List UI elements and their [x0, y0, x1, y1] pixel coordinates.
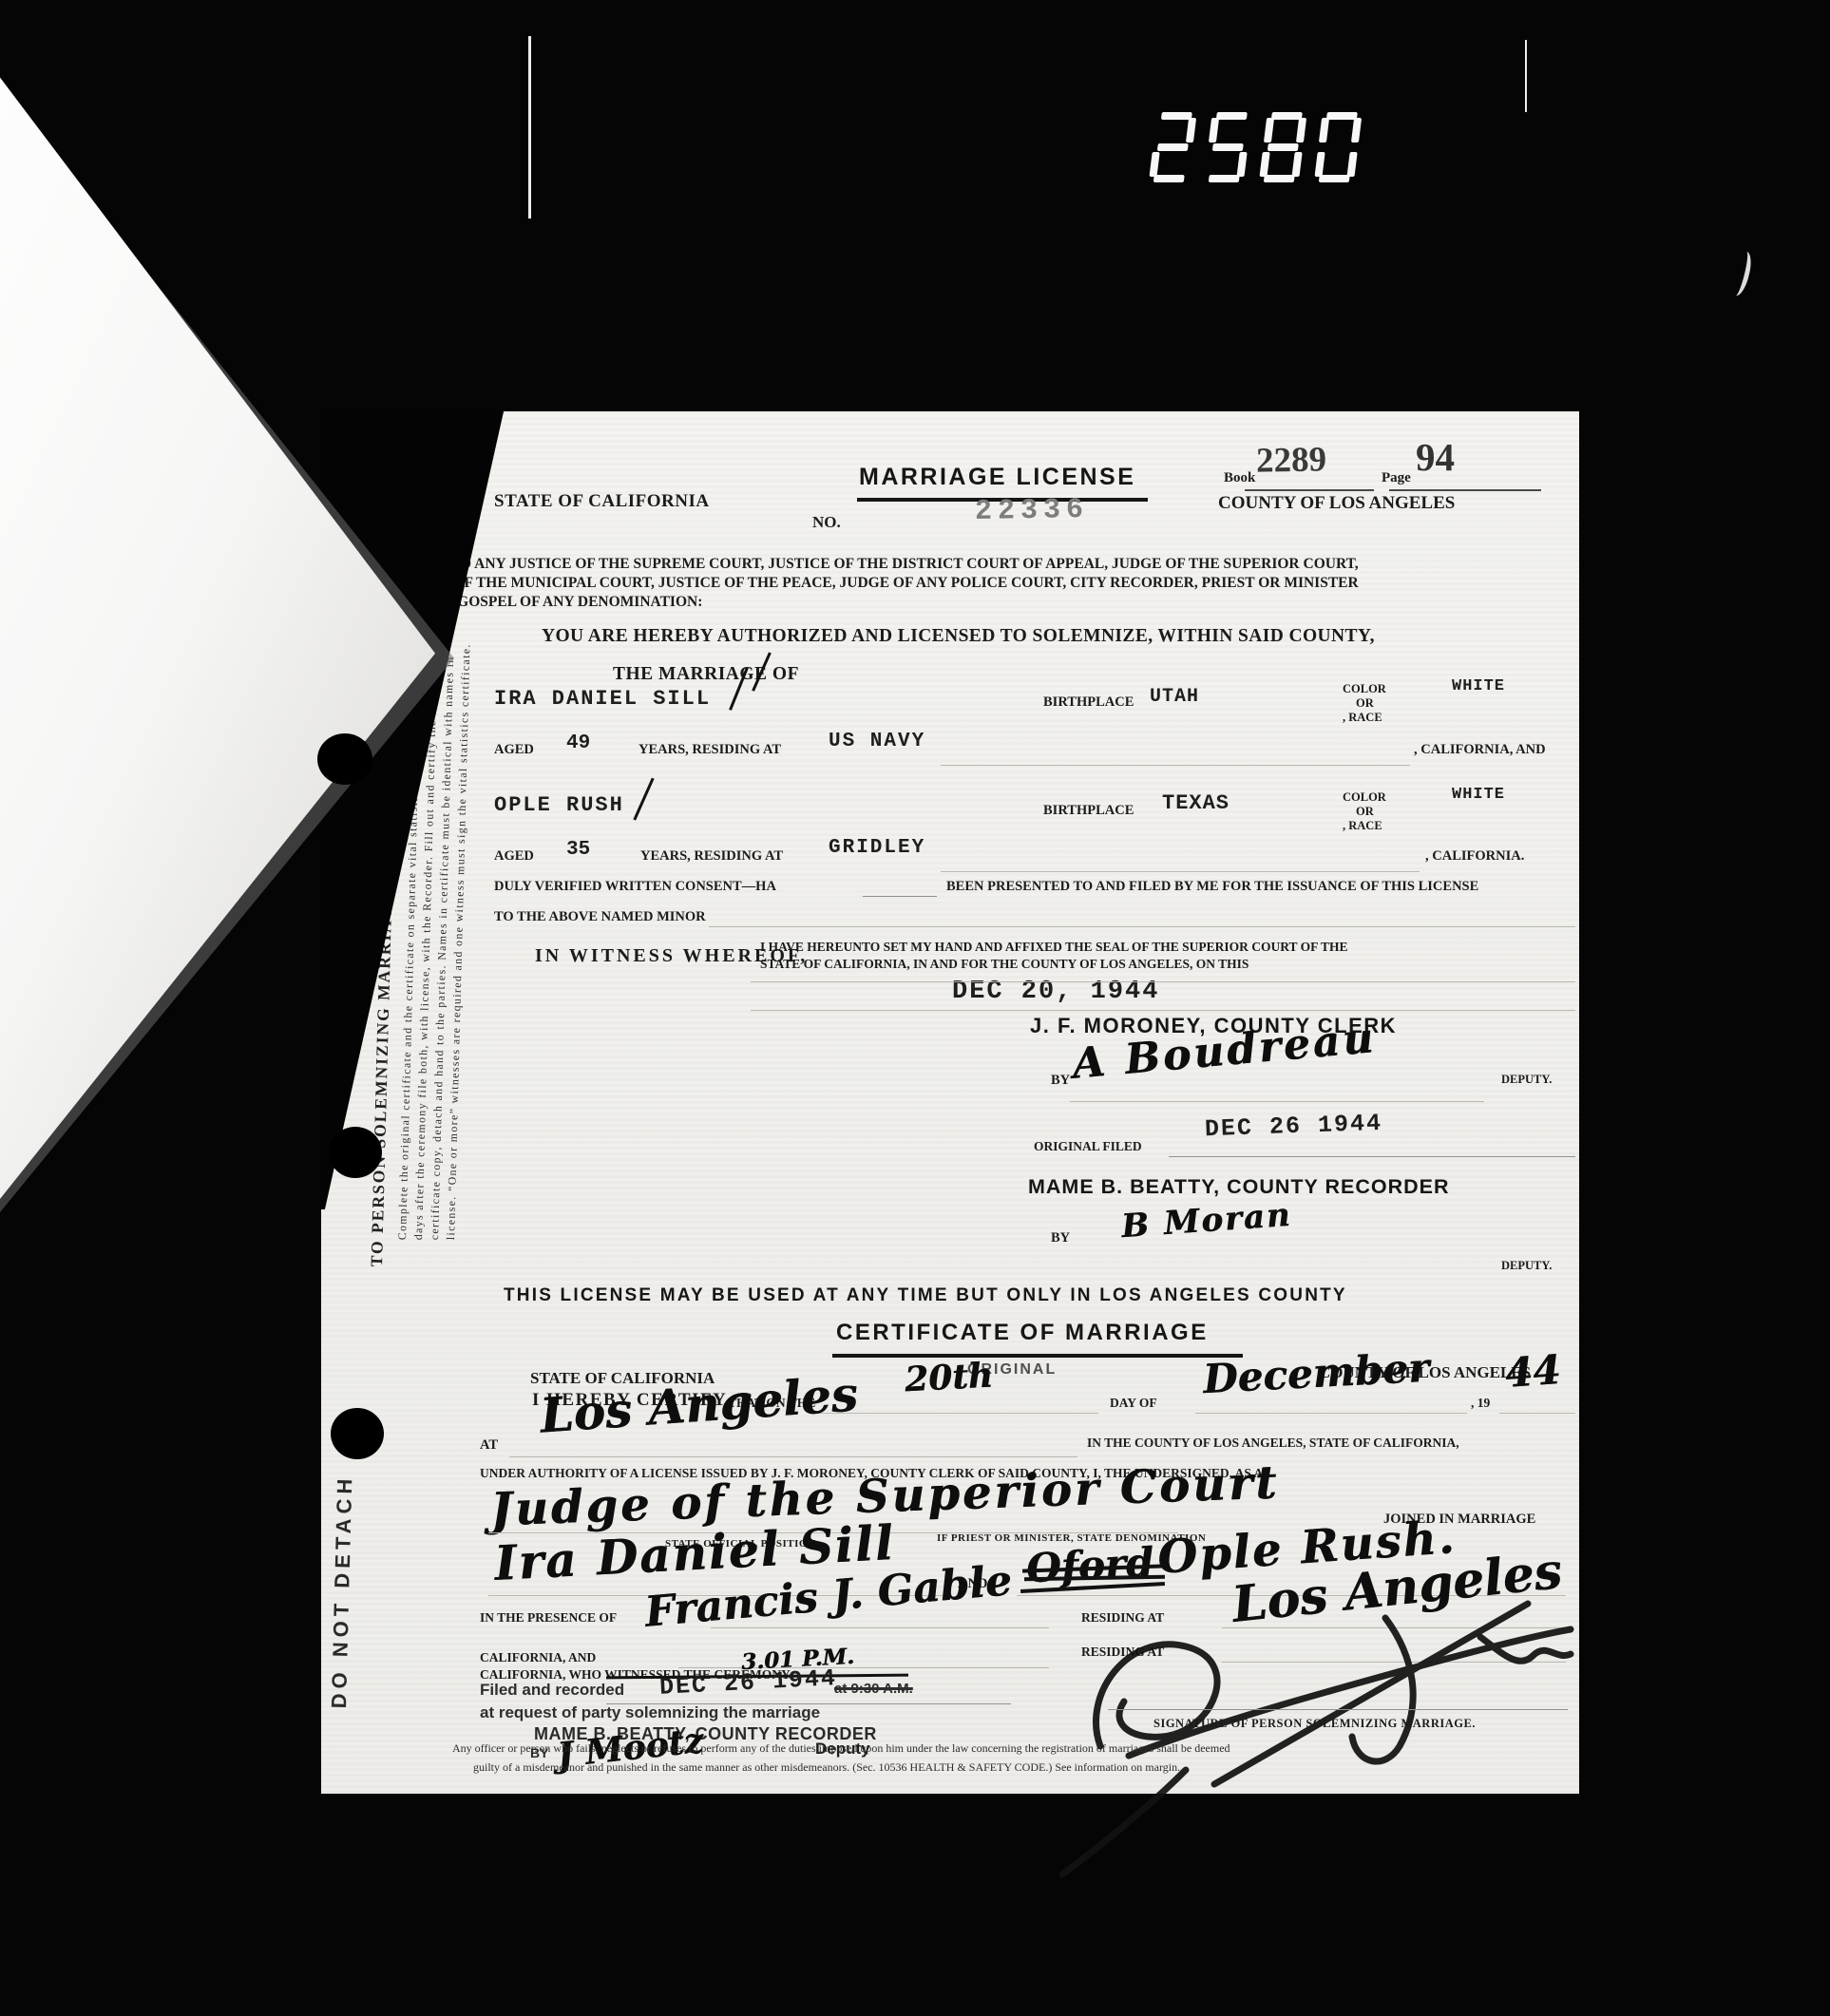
punch-hole	[329, 1127, 382, 1178]
month-value: December	[1202, 1344, 1430, 1402]
groom-residence-value: US NAVY	[829, 731, 925, 752]
in-presence-of-label: IN THE PRESENCE OF	[480, 1610, 617, 1626]
blank-line	[1195, 1413, 1467, 1414]
microfilm-frame: TO PERSON SOLEMNIZING MARRIAGE—IMPORTANT…	[0, 0, 1830, 2016]
aged-label: AGED	[494, 742, 534, 758]
address-line: JUDGE OF THE MUNICIPAL COURT, JUSTICE OF…	[399, 575, 1359, 592]
witness-text: I HAVE HEREUNTO SET MY HAND AND AFFIXED …	[760, 940, 1348, 955]
deputy-label: DEPUTY.	[1501, 1259, 1552, 1273]
book-label: Book	[1224, 470, 1255, 486]
bride-name-value: OPLE RUSH	[494, 793, 624, 817]
race-label: , RACE	[1343, 819, 1386, 833]
blank-line	[751, 981, 1575, 982]
at-label: AT	[480, 1437, 498, 1454]
bride-residence-value: GRIDLEY	[829, 837, 925, 859]
license-usage-note: THIS LICENSE MAY BE USED AT ANY TIME BUT…	[504, 1285, 1347, 1306]
groom-name-value: IRA DANIEL SILL	[494, 687, 711, 711]
counter-digit	[1314, 112, 1363, 182]
color-label: COLOR	[1343, 682, 1386, 696]
certificate-title: CERTIFICATE OF MARRIAGE	[836, 1320, 1209, 1346]
counter-digit	[1149, 112, 1197, 182]
birthplace-label: BIRTHPLACE	[1043, 803, 1134, 819]
film-scratch-mark	[528, 36, 531, 219]
film-scratch-mark	[1525, 40, 1527, 112]
counter-digit	[1259, 112, 1307, 182]
page-label: Page	[1382, 470, 1411, 486]
film-blemish-mark	[1727, 250, 1754, 298]
blank-line	[819, 1413, 1098, 1414]
blank-line	[1169, 1156, 1575, 1157]
signature-line	[1108, 1709, 1568, 1710]
blank-line	[751, 1010, 1575, 1011]
color-or-race-label: COLOR OR , RACE	[1343, 790, 1386, 833]
marriage-license-document: TO PERSON SOLEMNIZING MARRIAGE—IMPORTANT…	[321, 411, 1579, 1794]
blank-line	[941, 765, 1410, 766]
bride-age-value: 35	[566, 839, 590, 861]
page-value: 94	[1416, 434, 1455, 480]
or-label: OR	[1356, 696, 1386, 711]
state-of-california-label: STATE OF CALIFORNIA	[494, 491, 710, 512]
original-filed-label: ORIGINAL FILED	[1034, 1139, 1142, 1154]
consent-prefix: DULY VERIFIED WRITTEN CONSENT—HA	[494, 879, 776, 895]
signature-line	[1070, 1101, 1484, 1102]
punch-hole	[317, 733, 372, 785]
license-title: MARRIAGE LICENSE	[859, 464, 1135, 491]
years-residing-label: YEARS, RESIDING AT	[640, 848, 783, 865]
bride-race-value: WHITE	[1452, 786, 1505, 804]
license-number-stamp: 22336	[975, 494, 1090, 528]
witness-text: STATE OF CALIFORNIA, IN AND FOR THE COUN…	[760, 957, 1249, 972]
consent-line2: TO THE ABOVE NAMED MINOR	[494, 909, 706, 925]
deputy-label: DEPUTY.	[1501, 1073, 1552, 1087]
signature-caption: SIGNATURE OF PERSON SOLEMNIZING MARRIAGE…	[1153, 1717, 1476, 1731]
book-underline	[1245, 489, 1374, 491]
filed-time-struck: at 9:30 A.M.	[834, 1681, 913, 1697]
frame-counter	[1148, 112, 1378, 187]
blank-line	[1499, 1413, 1575, 1414]
color-or-race-label: COLOR OR , RACE	[1343, 682, 1386, 725]
year-value: 44	[1503, 1346, 1562, 1397]
california-and-suffix: , CALIFORNIA, AND	[1414, 742, 1546, 758]
day-value: 20th	[904, 1356, 994, 1400]
fine-print-line: guilty of a misdemeanor and punished in …	[473, 1760, 1180, 1775]
county-recorder-name: MAME B. BEATTY, COUNTY RECORDER	[1028, 1175, 1450, 1199]
groom-birthplace-value: UTAH	[1150, 686, 1199, 708]
by-label: BY	[1051, 1073, 1070, 1089]
consent-suffix: BEEN PRESENTED TO AND FILED BY ME FOR TH…	[946, 879, 1478, 895]
request-line: at request of party solemnizing the marr…	[480, 1703, 820, 1722]
california-and-label: CALIFORNIA, AND	[480, 1650, 596, 1665]
license-no-label: NO.	[812, 513, 841, 532]
or-label: OR	[1356, 805, 1386, 819]
counter-digit	[1204, 112, 1252, 182]
county-of-los-angeles-label: COUNTY OF LOS ANGELES	[1218, 493, 1455, 514]
blank-line	[709, 926, 1575, 927]
page-underline	[1389, 489, 1541, 491]
punch-hole	[331, 1408, 384, 1459]
blank-line	[711, 1627, 1049, 1628]
day-of-label: DAY OF	[1110, 1396, 1157, 1411]
by-label: BY	[1051, 1230, 1070, 1246]
certificate-title-underline	[832, 1354, 1243, 1358]
filed-date-stamp: DEC 26 1944	[1205, 1110, 1383, 1144]
race-label: , RACE	[1343, 711, 1386, 725]
do-not-detach-label: DO NOT DETACH	[327, 1474, 357, 1708]
bride-birthplace-value: TEXAS	[1162, 791, 1230, 815]
california-suffix: , CALIFORNIA.	[1425, 848, 1524, 865]
years-residing-label: YEARS, RESIDING AT	[639, 742, 781, 758]
address-line: TO ANY JUSTICE OF THE SUPREME COURT, JUS…	[450, 556, 1359, 573]
book-value: 2289	[1256, 439, 1327, 481]
solemnizer-signature	[1072, 1580, 1604, 1827]
blank-line	[863, 896, 937, 897]
groom-age-value: 49	[566, 732, 590, 754]
fine-print-line: Any officer or person who fails, neglect…	[452, 1741, 1230, 1756]
in-county-line: IN THE COUNTY OF LOS ANGELES, STATE OF C…	[1087, 1436, 1459, 1451]
year-prefix-label: , 19	[1471, 1396, 1490, 1411]
authorization-line: YOU ARE HEREBY AUTHORIZED AND LICENSED T…	[542, 626, 1375, 647]
birthplace-label: BIRTHPLACE	[1043, 694, 1134, 711]
blank-line	[941, 871, 1420, 872]
color-label: COLOR	[1343, 790, 1386, 805]
aged-label: AGED	[494, 848, 534, 865]
pen-tick	[633, 778, 654, 821]
groom-race-value: WHITE	[1452, 677, 1505, 695]
recorder-deputy-signature: B Moran	[1120, 1196, 1293, 1246]
filed-and-recorded-label: Filed and recorded	[480, 1681, 624, 1700]
blank-line	[509, 1456, 1077, 1457]
marriage-of-label: THE MARRIAGE OF	[613, 664, 799, 685]
